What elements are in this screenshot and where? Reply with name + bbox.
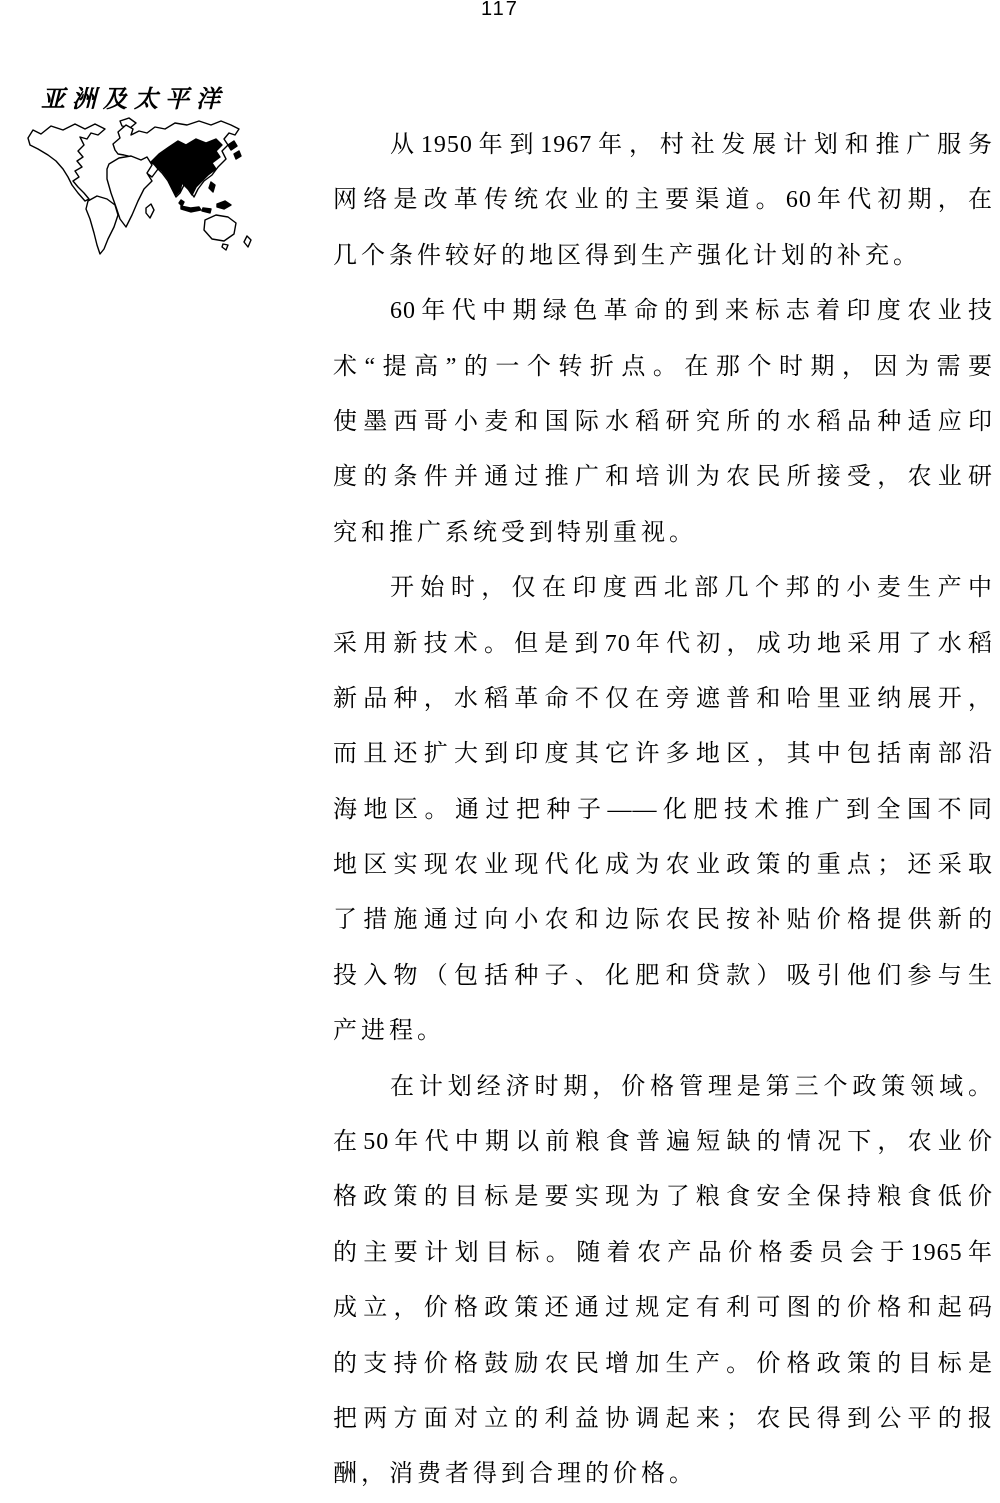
- text-line: 在计划经济时期，价格管理是第三个政策领域。: [333, 1060, 993, 1115]
- text-line: 使墨西哥小麦和国际水稻研究所的水稻品种适应印: [333, 395, 993, 450]
- text-line: 新品种，水稻革命不仅在旁遮普和哈里亚纳展开，: [333, 672, 993, 727]
- region-map-block: 亚洲及太平洋: [25, 86, 270, 258]
- text-line: 从1950年到1967年，村社发展计划和推广服务: [333, 118, 993, 173]
- text-line: 的主要计划目标。随着农产品价格委员会于1965年: [333, 1226, 993, 1281]
- text-line: 产进程。: [333, 1004, 993, 1059]
- text-line: 60年代中期绿色革命的到来标志着印度农业技: [333, 284, 993, 339]
- text-line: 把两方面对立的利益协调起来；农民得到公平的报: [333, 1392, 993, 1447]
- text-line: 采用新技术。但是到70年代初，成功地采用了水稻: [333, 617, 993, 672]
- text-line: 而且还扩大到印度其它许多地区，其中包括南部沿: [333, 727, 993, 782]
- text-line: 投入物（包括种子、化肥和贷款）吸引他们参与生: [333, 949, 993, 1004]
- text-line: 度的条件并通过推广和培训为农民所接受，农业研: [333, 450, 993, 505]
- page-number: 117: [0, 0, 1000, 21]
- text-line: 格政策的目标是要实现为了粮食安全保持粮食低价: [333, 1170, 993, 1225]
- text-line: 在50年代中期以前粮食普遍短缺的情况下，农业价: [333, 1115, 993, 1170]
- article: 从1950年到1967年，村社发展计划和推广服务网络是改革传统农业的主要渠道。6…: [333, 118, 993, 1503]
- text-line: 地区实现农业现代化成为农业政策的重点；还采取: [333, 838, 993, 893]
- map-region-label: 亚洲及太平洋: [25, 86, 270, 114]
- text-line: 酬，消费者得到合理的价格。: [333, 1447, 993, 1502]
- text-line: 成立，价格政策还通过规定有利可图的价格和起码: [333, 1281, 993, 1336]
- text-line: 术“提高”的一个转折点。在那个时期，因为需要: [333, 340, 993, 395]
- text-line: 几个条件较好的地区得到生产强化计划的补充。: [333, 229, 993, 284]
- text-line: 了措施通过向小农和边际农民按补贴价格提供新的: [333, 893, 993, 948]
- text-line: 究和推广系统受到特别重视。: [333, 506, 993, 561]
- text-line: 开始时，仅在印度西北部几个邦的小麦生产中: [333, 561, 993, 616]
- text-line: 的支持价格鼓励农民增加生产。价格政策的目标是: [333, 1337, 993, 1392]
- world-map-icon: [25, 116, 265, 258]
- text-line: 海地区。通过把种子——化肥技术推广到全国不同: [333, 783, 993, 838]
- text-line: 网络是改革传统农业的主要渠道。60年代初期，在: [333, 173, 993, 228]
